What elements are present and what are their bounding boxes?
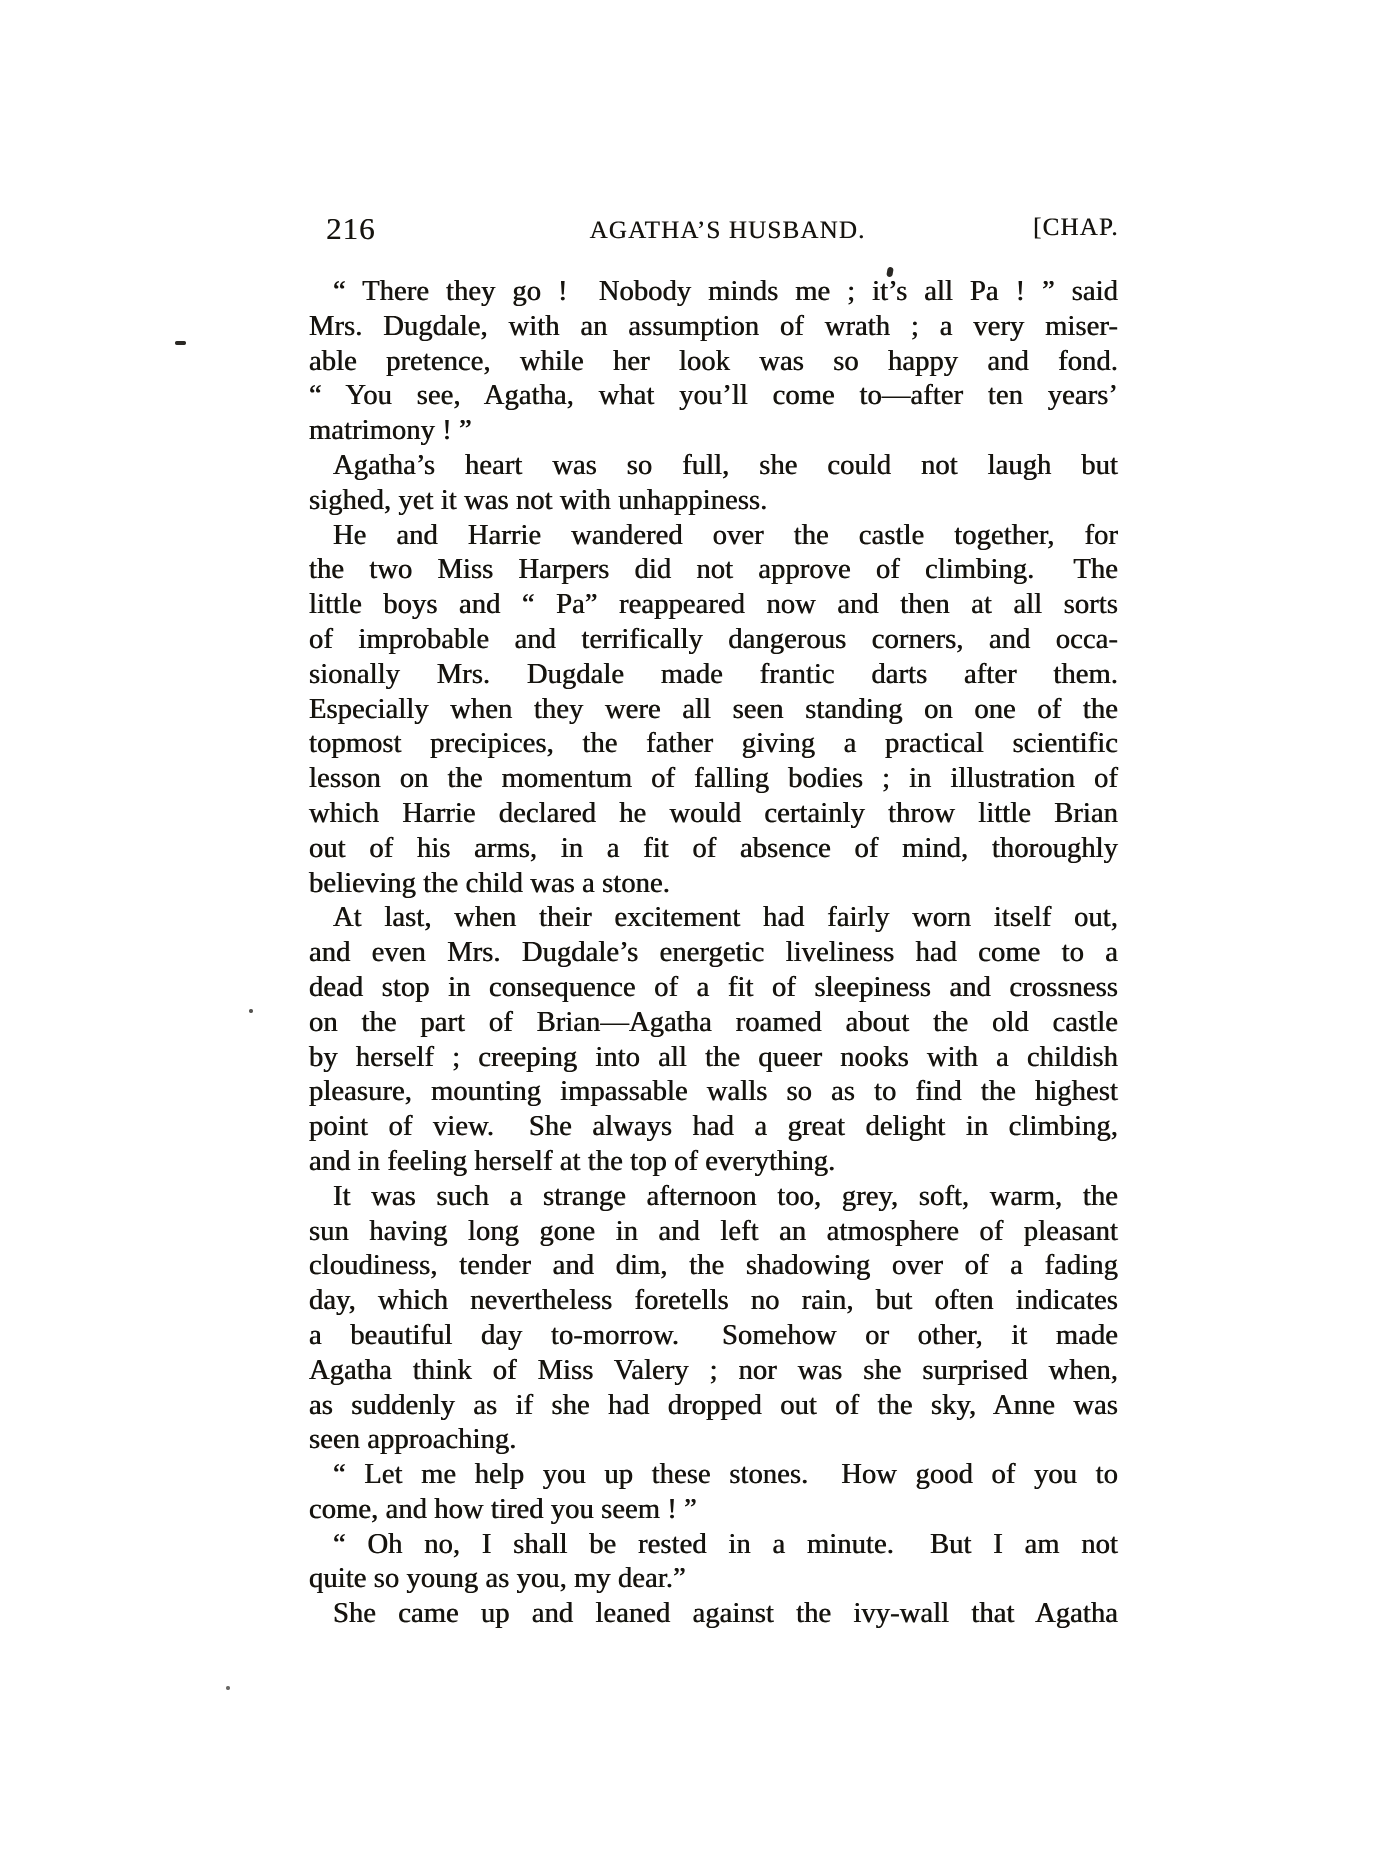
body-line: lesson on the momentum of falling bodies…	[309, 762, 1118, 797]
body-line: She came up and leaned against the ivy-w…	[309, 1597, 1118, 1632]
body-line: little boys and “ Pa” reappeared now and…	[309, 588, 1118, 623]
body-line: believing the child was a stone.	[309, 867, 1118, 902]
body-line: seen approaching.	[309, 1423, 1118, 1458]
body-line: by herself ; creeping into all the queer…	[309, 1041, 1118, 1076]
page-body: “ There they go ! Nobody minds me ; it’s…	[309, 275, 1118, 1632]
body-line: and in feeling herself at the top of eve…	[309, 1145, 1118, 1180]
body-line: day, which nevertheless foretells no rai…	[309, 1284, 1118, 1319]
body-line: a beautiful day to-morrow. Somehow or ot…	[309, 1319, 1118, 1354]
body-line: Mrs. Dugdale, with an assumption of wrat…	[309, 310, 1118, 345]
body-line: Especially when they were all seen stand…	[309, 693, 1118, 728]
body-line: dead stop in consequence of a fit of sle…	[309, 971, 1118, 1006]
body-line: matrimony ! ”	[309, 414, 1118, 449]
body-line: cloudiness, tender and dim, the shadowin…	[309, 1249, 1118, 1284]
body-line: pleasure, mounting impassable walls so a…	[309, 1075, 1118, 1110]
body-line: sighed, yet it was not with unhappiness.	[309, 484, 1118, 519]
scan-speck	[226, 1686, 230, 1690]
body-line: sun having long gone in and left an atmo…	[309, 1215, 1118, 1250]
chapter-marker: [CHAP.	[1033, 214, 1119, 242]
body-line: “ Let me help you up these stones. How g…	[309, 1458, 1118, 1493]
body-line: out of his arms, in a fit of absence of …	[309, 832, 1118, 867]
body-line: quite so young as you, my dear.”	[309, 1562, 1118, 1597]
body-line: sionally Mrs. Dugdale made frantic darts…	[309, 658, 1118, 693]
body-line: able pretence, while her look was so hap…	[309, 345, 1118, 380]
body-line: on the part of Brian—Agatha roamed about…	[309, 1006, 1118, 1041]
body-line: He and Harrie wandered over the castle t…	[309, 519, 1118, 554]
body-line: “ Oh no, I shall be rested in a minute. …	[309, 1528, 1118, 1563]
body-line: as suddenly as if she had dropped out of…	[309, 1389, 1118, 1424]
body-line: Agatha’s heart was so full, she could no…	[309, 449, 1118, 484]
scan-speck	[249, 1009, 253, 1013]
body-line: Agatha think of Miss Valery ; nor was sh…	[309, 1354, 1118, 1389]
body-line: topmost precipices, the father giving a …	[309, 727, 1118, 762]
body-line: “ You see, Agatha, what you’ll come to—a…	[309, 379, 1118, 414]
body-line: come, and how tired you seem ! ”	[309, 1493, 1118, 1528]
body-line: point of view. She always had a great de…	[309, 1110, 1118, 1145]
book-page: 216 AGATHA’S HUSBAND. [CHAP. “ There the…	[0, 0, 1400, 1850]
body-line: which Harrie declared he would certainly…	[309, 797, 1118, 832]
body-line: “ There they go ! Nobody minds me ; it’s…	[309, 275, 1118, 310]
body-line: At last, when their excitement had fairl…	[309, 901, 1118, 936]
running-title: AGATHA’S HUSBAND.	[323, 217, 1132, 245]
body-line: of improbable and terrifically dangerous…	[309, 623, 1118, 658]
body-line: It was such a strange afternoon too, gre…	[309, 1180, 1118, 1215]
body-line: the two Miss Harpers did not approve of …	[309, 553, 1118, 588]
body-line: and even Mrs. Dugdale’s energetic liveli…	[309, 936, 1118, 971]
scan-speck	[175, 341, 186, 345]
